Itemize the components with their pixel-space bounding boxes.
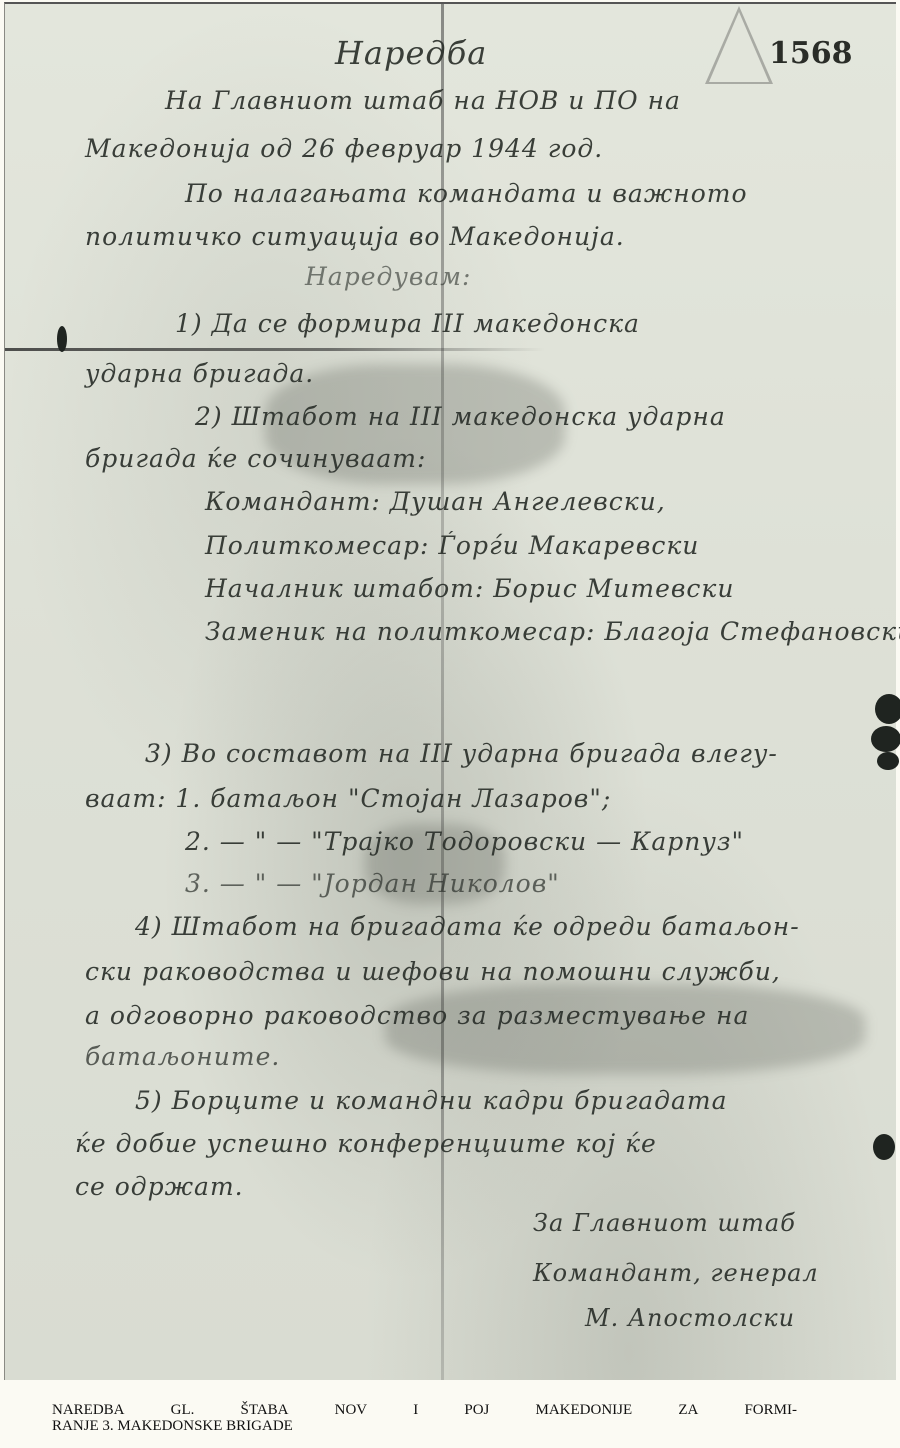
item-5-line: ќе добие успешно конференциите кој ќе bbox=[75, 1129, 657, 1158]
caption-word: NOV bbox=[335, 1402, 368, 1418]
item-5-line: 5) Борците и командни кадри бригадата bbox=[135, 1086, 728, 1115]
item-3-line: 3. — " — "Јордан Николов" bbox=[185, 869, 560, 898]
item-1-line: ударна бригада. bbox=[85, 359, 314, 388]
signature-line: За Главниот штаб bbox=[533, 1209, 796, 1237]
header-line: политичко ситуација во Македонија. bbox=[85, 222, 625, 251]
item-2-line: Заменик на политкомесар: Благоја Стефано… bbox=[205, 617, 900, 646]
caption-line-2: RANJE 3. MAKEDONSKE BRIGADE bbox=[52, 1418, 797, 1434]
order-heading: Наредувам: bbox=[305, 262, 471, 291]
caption-word: ŠTABA bbox=[241, 1402, 289, 1418]
item-4-line: батаљоните. bbox=[85, 1042, 280, 1071]
item-2-line: Началник штабот: Борис Митевски bbox=[205, 574, 734, 603]
item-4-line: а одговорно раководство за разместување … bbox=[85, 1001, 749, 1030]
caption-word: I bbox=[413, 1402, 418, 1418]
document-number: 1568 bbox=[769, 36, 853, 71]
header-line: По налагањата командата и важното bbox=[185, 179, 748, 208]
fold-crease-vertical bbox=[441, 4, 444, 1380]
signature: М. Апостолски bbox=[585, 1304, 795, 1332]
item-2-line: Политкомесар: Ѓорѓи Макаревски bbox=[205, 531, 699, 560]
caption-word: POJ bbox=[464, 1402, 489, 1418]
item-3-line: 2. — " — "Трајко Тодоровски — Карпуз" bbox=[185, 827, 744, 856]
item-2-line: бригада ќе сочинуваат: bbox=[85, 444, 426, 473]
triangle-stamp-inner bbox=[709, 12, 769, 82]
item-5-line: се одржат. bbox=[75, 1172, 244, 1201]
ink-blot bbox=[875, 694, 900, 724]
item-1-line: 1) Да се формира III македонска bbox=[175, 309, 640, 338]
caption-line-1: NAREDBA GL. ŠTABA NOV I POJ MAKEDONIJE Z… bbox=[52, 1402, 797, 1418]
ink-blot bbox=[873, 1134, 895, 1160]
header-line: На Главниот штаб на НОВ и ПО на bbox=[165, 86, 681, 115]
caption-word: ZA bbox=[678, 1402, 698, 1418]
caption-word: GL. bbox=[171, 1402, 195, 1418]
caption-word: FORMI- bbox=[744, 1402, 797, 1418]
ink-blot bbox=[877, 752, 899, 770]
item-2-line: 2) Штабот на III македонска ударна bbox=[195, 402, 726, 431]
item-4-line: ски раководства и шефови на помошни служ… bbox=[85, 957, 781, 986]
header-line: Македонија од 26 февруар 1944 год. bbox=[85, 134, 603, 163]
caption-word: MAKEDONIJE bbox=[536, 1402, 633, 1418]
document-title: Наредба bbox=[335, 34, 487, 72]
item-2-line: Командант: Душан Ангелевски, bbox=[205, 487, 666, 516]
caption-word: NAREDBA bbox=[52, 1402, 125, 1418]
item-3-line: ваат: 1. батаљон "Стојан Лазаров"; bbox=[85, 784, 611, 813]
item-4-line: 4) Штабот на бригадата ќе одреди батаљон… bbox=[135, 912, 800, 941]
fold-crease-horizontal bbox=[5, 348, 545, 351]
scanned-document-photo: 1568 Наредба На Главниот штаб на НОВ и П… bbox=[4, 2, 896, 1380]
ink-blot bbox=[57, 326, 67, 352]
item-3-line: 3) Во составот на III ударна бригада вле… bbox=[145, 739, 778, 768]
signature-line: Командант, генерал bbox=[533, 1259, 819, 1287]
figure-caption: NAREDBA GL. ŠTABA NOV I POJ MAKEDONIJE Z… bbox=[52, 1402, 797, 1434]
ink-blot bbox=[871, 726, 900, 752]
